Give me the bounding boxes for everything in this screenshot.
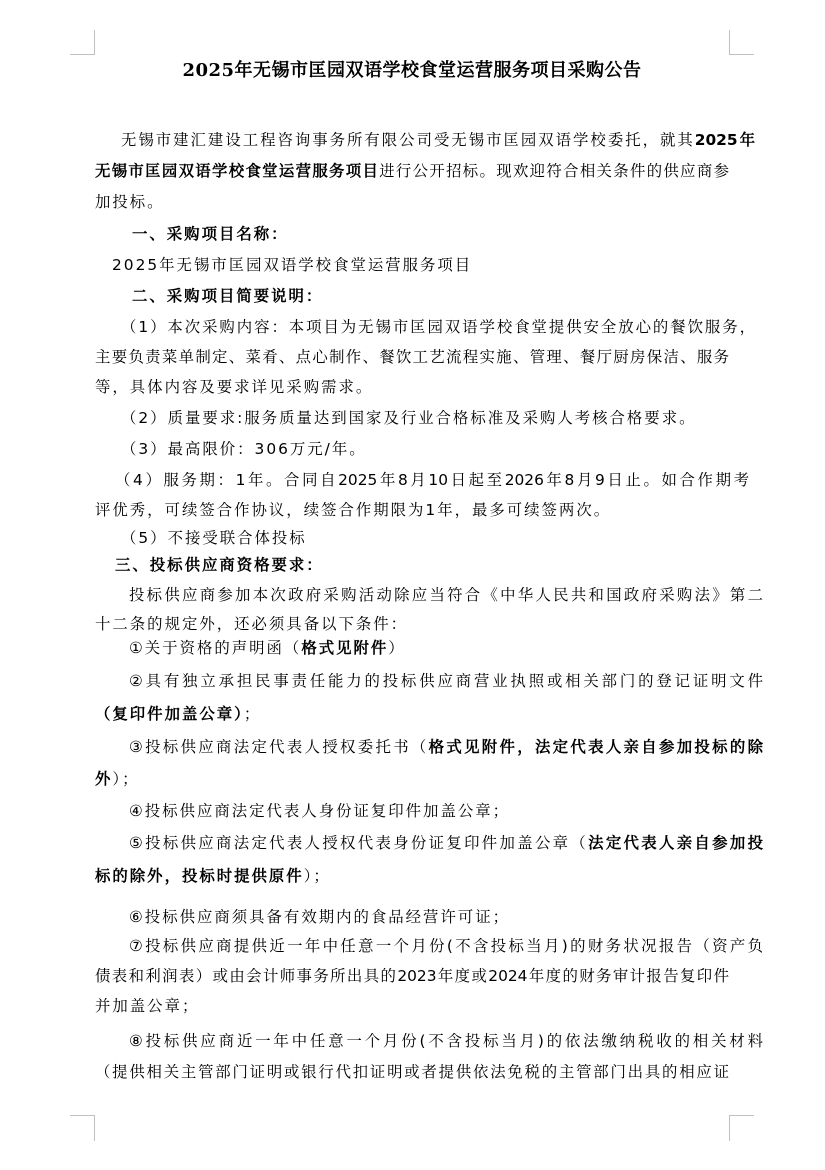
section-3-intro-line-2: 十二条的规定外，还必须具备以下条件： — [95, 614, 729, 634]
margin-corner-mark-top-left — [70, 30, 95, 55]
section-2-heading: 二、采购项目简要说明： — [95, 286, 766, 306]
intro-line-3: 加投标。 — [95, 192, 729, 212]
req-bold: 标的除外，投标时提供原件 — [95, 867, 304, 885]
requirement-7-line-2: 债表和利润表）或由会计师事务所出具的2023年度或2024年度的财务审计报告复印… — [95, 966, 729, 986]
intro-text: 进行公开招标。现欢迎符合相关条件的供应商参 — [379, 162, 729, 180]
requirement-1: ①关于资格的声明函（格式见附件） — [95, 638, 763, 658]
margin-corner-mark-top-right — [729, 30, 754, 55]
requirement-8-line-2: （提供相关主管部门证明或银行代扣证明或者提供依法免税的主管部门出具的相应证 — [95, 1062, 729, 1082]
req-bold: 格式见附件 — [301, 639, 388, 657]
section-2-item-4-line-1: （4）服务期：1年。合同自2025年8月10日起至2026年8月9日止。如合作期… — [95, 470, 749, 490]
req-bold: 格式见附件，法定代表人亲自参加投标的除 — [429, 738, 763, 756]
intro-bold-project: 无锡市匡园双语学校食堂运营服务项目 — [95, 162, 379, 180]
req-tail: ）； — [304, 867, 331, 885]
intro-bold-year: 2025年 — [695, 131, 755, 149]
req-tail: ） — [388, 639, 405, 657]
document-page: 2025年无锡市匡园双语学校食堂运营服务项目采购公告 无锡市建汇建设工程咨询事务… — [0, 0, 825, 1170]
requirement-2-line-1: ②具有独立承担民事责任能力的投标供应商营业执照或相关部门的登记证明文件 — [95, 671, 763, 691]
intro-text: 无锡市建汇建设工程咨询事务所有限公司受无锡市匡园双语学校委托，就其 — [121, 131, 695, 149]
req-text: ③投标供应商法定代表人授权委托书（ — [129, 738, 429, 756]
requirement-7-line-3: 并加盖公章； — [95, 996, 729, 1016]
section-1-heading: 一、采购项目名称： — [95, 224, 766, 244]
section-2-item-1-line-1: （1）本次采购内容：本项目为无锡市匡园双语学校食堂提供安全放心的餐饮服务， — [95, 317, 755, 337]
req-text: ⑤投标供应商法定代表人授权代表身份证复印件加盖公章（ — [129, 834, 588, 852]
requirement-8-line-1: ⑧投标供应商近一年中任意一个月份(不含投标当月)的依法缴纳税收的相关材料 — [95, 1031, 763, 1051]
req-bold: 法定代表人亲自参加投 — [588, 834, 763, 852]
intro-line-1: 无锡市建汇建设工程咨询事务所有限公司受无锡市匡园双语学校委托，就其2025年 — [95, 130, 755, 150]
margin-corner-mark-bottom-right — [729, 1115, 754, 1141]
section-2-item-4-line-2: 评优秀，可续签合作协议，续签合作期限为1年，最多可续签两次。 — [95, 500, 729, 520]
section-2-item-3: （3）最高限价：306万元/年。 — [95, 439, 755, 459]
req-bold: （复印件加盖公章） — [95, 705, 244, 723]
margin-corner-mark-bottom-left — [70, 1115, 95, 1141]
section-1-content: 2025年无锡市匡园双语学校食堂运营服务项目 — [95, 255, 746, 275]
section-2-item-1-line-2: 主要负责菜单制定、菜肴、点心制作、餐饮工艺流程实施、管理、餐厅厨房保洁、服务 — [95, 347, 729, 367]
req-tail: ； — [244, 705, 261, 723]
section-2-item-2: （2）质量要求:服务质量达到国家及行业合格标准及采购人考核合格要求。 — [95, 408, 755, 428]
requirement-6: ⑥投标供应商须具备有效期内的食品经营许可证； — [95, 907, 763, 927]
intro-line-2: 无锡市匡园双语学校食堂运营服务项目进行公开招标。现欢迎符合相关条件的供应商参 — [95, 161, 729, 181]
req-bold: 外 — [95, 770, 112, 788]
req-text: ①关于资格的声明函（ — [129, 639, 301, 657]
requirement-5-line-1: ⑤投标供应商法定代表人授权代表身份证复印件加盖公章（法定代表人亲自参加投 — [95, 833, 763, 853]
requirement-3-line-1: ③投标供应商法定代表人授权委托书（格式见附件，法定代表人亲自参加投标的除 — [95, 737, 763, 757]
requirement-5-line-2: 标的除外，投标时提供原件）； — [95, 866, 729, 886]
requirement-3-line-2: 外）； — [95, 769, 729, 789]
section-2-item-1-line-3: 等，具体内容及要求详见采购需求。 — [95, 377, 729, 397]
requirement-7-line-1: ⑦投标供应商提供近一年中任意一个月份(不含投标当月)的财务状况报告（资产负 — [95, 936, 763, 956]
section-3-intro-line-1: 投标供应商参加本次政府采购活动除应当符合《中华人民共和国政府采购法》第二 — [95, 585, 763, 605]
requirement-2-line-2: （复印件加盖公章）； — [95, 704, 729, 724]
req-tail: ）； — [112, 770, 139, 788]
section-3-heading: 三、投标供应商资格要求： — [95, 555, 749, 575]
document-title: 2025年无锡市匡园双语学校食堂运营服务项目采购公告 — [95, 56, 729, 82]
section-2-item-5: （5）不接受联合体投标 — [95, 528, 755, 548]
requirement-4: ④投标供应商法定代表人身份证复印件加盖公章； — [95, 801, 763, 821]
